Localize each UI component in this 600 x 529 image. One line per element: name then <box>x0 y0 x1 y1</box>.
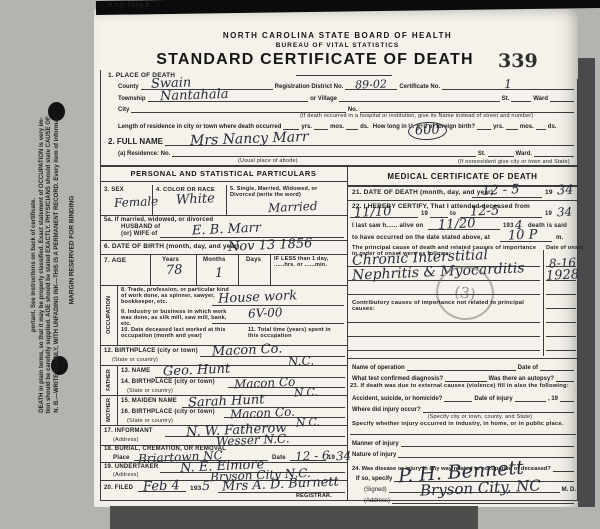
m-label: m. <box>556 235 563 241</box>
where-injury-label: Where did injury occur? <box>352 407 421 413</box>
husband-label: HUSBAND of <box>121 224 160 230</box>
accident-label: Accident, suicide, or homicide? <box>352 396 442 402</box>
specify-city-note: (Specify city or town, county, and State… <box>400 414 560 420</box>
last-saw-value: 11/20 <box>438 216 476 233</box>
contributory-label: Contributory causes of importance not re… <box>352 300 542 312</box>
age-months-value: 1 <box>215 266 224 281</box>
mother-birthplace-value: Macon Co. <box>230 405 296 422</box>
ward-label: Ward. <box>516 151 532 157</box>
maiden-name-label: 15. MAIDEN NAME <box>121 398 177 404</box>
state-label: (State or country) <box>127 388 173 394</box>
org-title: NORTH CAROLINA STATE BOARD OF HEALTH <box>160 31 515 40</box>
nature-of-injury-line <box>398 454 574 458</box>
manner-of-injury-line <box>401 443 574 447</box>
residence-length-label: Length of residence in city or town wher… <box>118 124 281 130</box>
filed-year-value: 5 <box>202 479 211 494</box>
divider <box>150 254 151 285</box>
ds-line <box>536 126 546 130</box>
yrs-line <box>477 126 491 130</box>
mos-label: mos. <box>330 124 344 130</box>
divider <box>428 229 500 230</box>
divider <box>546 322 576 323</box>
divider <box>238 254 239 285</box>
md-label: M. D. <box>562 487 576 493</box>
divider <box>546 308 576 309</box>
burial-date-label: Date <box>272 455 286 461</box>
trade-label: 8. Trade, profession, or particular kind… <box>121 287 229 305</box>
filed-label: 20. FILED <box>104 485 133 491</box>
age-days-label: Days <box>246 257 261 263</box>
divider <box>212 323 344 324</box>
scan-right-band <box>578 58 595 507</box>
injury-year-line <box>560 398 574 402</box>
divider <box>348 322 540 323</box>
certificate-title: STANDARD CERTIFICATE OF DEATH <box>145 51 485 69</box>
divider <box>577 79 578 500</box>
medical-section-header: MEDICAL CERTIFICATE OF DEATH <box>347 172 578 181</box>
margin-note-line: tion should be carefully supplied. AGE s… <box>46 30 54 500</box>
operation-label: Name of operation <box>352 365 405 371</box>
divider <box>347 358 578 359</box>
divider <box>350 217 418 218</box>
date-of-onset-label: Date of onset <box>546 245 583 251</box>
sex-label: 3. SEX <box>104 187 124 193</box>
st-line <box>488 153 514 157</box>
marital-value: Married <box>268 199 318 215</box>
margin-note-line: portant. See instructions on back of cer… <box>31 30 39 500</box>
divider <box>117 365 118 395</box>
undertaker-label: 19. UNDERTAKER <box>104 464 158 470</box>
form-code: B.V.S. Form 8 <box>108 3 149 9</box>
divider <box>138 491 186 492</box>
margin-note-line: N. B.—WRITE PLAINLY, WITH UNFADING INK—T… <box>54 30 62 500</box>
onset-year-value: 1928 <box>546 267 580 283</box>
divider <box>100 254 347 255</box>
abode-note: (Usual place of abode) <box>238 158 298 164</box>
mos-line <box>506 126 518 130</box>
full-name-label: 2. FULL NAME <box>108 137 163 146</box>
attended-from-value: 11/10 <box>354 204 392 221</box>
mos-label: mos. <box>520 124 534 130</box>
birthplace-label: 12. BIRTHPLACE (city or town) <box>104 348 198 354</box>
divider <box>347 185 578 187</box>
where-injury-line <box>423 409 574 413</box>
comma-19-label: , 19 <box>548 396 558 402</box>
year-19-label: 19 <box>328 455 335 461</box>
industry-label: 9. Industry or business in which work wa… <box>121 309 229 327</box>
divider <box>546 266 576 267</box>
manner-of-injury-label: Manner of injury <box>352 441 399 447</box>
ds-label: ds. <box>548 124 557 130</box>
divider <box>200 356 345 357</box>
divider <box>290 460 326 461</box>
divider <box>546 350 576 351</box>
margin-note-line: DEATH in plain terms, so that it may be … <box>39 30 47 500</box>
if-so-label: If so, specify <box>356 476 392 482</box>
father-name-label: 13. NAME <box>121 368 150 374</box>
occurred-label: to have occurred on the date stated abov… <box>352 235 490 241</box>
wife-label: (or) WIFE of <box>121 231 157 237</box>
city-label: City <box>118 107 129 113</box>
divider <box>546 280 576 281</box>
scan-bottom-band <box>110 506 478 529</box>
accident-line <box>444 398 472 402</box>
date-of-death-label: 21. DATE OF DEATH (month, day, and year) <box>352 189 493 196</box>
personal-section-header: PERSONAL AND STATISTICAL PARTICULARS <box>100 169 347 178</box>
state-label: (State or country) <box>112 357 158 363</box>
divider <box>543 250 544 356</box>
autopsy-label: Was there an autopsy? <box>489 376 554 382</box>
attended-year-value: 34 <box>557 205 573 220</box>
mos-line <box>314 126 328 130</box>
divider <box>350 434 576 435</box>
father-birthplace-label: 14. BIRTHPLACE (city or town) <box>121 379 215 385</box>
injury-date-line <box>515 398 546 402</box>
year-19-label: 19 <box>421 211 428 217</box>
age-months-label: Months <box>203 257 226 263</box>
age-label: 7. AGE <box>104 257 126 264</box>
divider <box>296 75 392 76</box>
divider <box>546 336 576 337</box>
specify-where-label: Specify whether injury occurred in indus… <box>352 421 564 427</box>
last-worked-label: 10. Date deceased last worked at this oc… <box>121 327 235 339</box>
divider <box>117 285 118 345</box>
bureau-title: BUREAU OF VITAL STATISTICS <box>160 42 515 49</box>
year-19-label: 19 <box>545 189 553 196</box>
filed-year-19-label: 193 <box>190 485 201 492</box>
ds-label: ds. <box>360 124 369 130</box>
race-value: White <box>176 191 215 208</box>
divider <box>546 294 576 295</box>
if-less-label: IF LESS than 1 day, ......hrs. or ......… <box>274 256 344 268</box>
address-label: (Address) <box>113 472 139 478</box>
divider <box>226 185 227 215</box>
registrar-label: REGISTRAR. <box>296 493 332 499</box>
last-saw-label: I last saw h...... alive on <box>352 223 423 229</box>
yrs-label: yrs. <box>493 124 504 130</box>
divider <box>348 350 540 351</box>
test-line <box>445 378 487 382</box>
birthplace-state-value: N.C. <box>288 353 315 368</box>
signature-address-line <box>392 500 574 504</box>
name-annotation: 600 <box>408 121 448 141</box>
father-state-value: N.C. <box>294 385 318 399</box>
age-years-value: 78 <box>166 263 183 279</box>
divider <box>348 336 540 337</box>
residence-no-label: (a) Residence: No. <box>118 151 170 157</box>
divider <box>500 241 552 242</box>
dob-label: 6. DATE OF BIRTH (month, day, and year) <box>104 243 239 250</box>
divider <box>224 417 345 418</box>
date-of-label: Date of <box>518 365 538 371</box>
mother-state-value: N.C. <box>296 415 320 429</box>
operation-line <box>407 367 516 371</box>
divider <box>347 200 578 201</box>
injury-date-label: Date of injury <box>474 396 512 402</box>
divider <box>117 395 118 425</box>
burial-place-label: Place <box>113 455 130 461</box>
divider <box>472 197 542 198</box>
signed-label: (Signed) <box>364 487 387 493</box>
certificate-stamp-number: 339 <box>498 50 538 72</box>
industry-value: 6V-00 <box>248 305 283 320</box>
father-birthplace-value: Macon Co <box>234 375 296 392</box>
death-year-value: 34 <box>557 183 574 199</box>
informant-label: 17. INFORMANT <box>104 428 153 434</box>
sex-value: Female <box>114 194 159 210</box>
address-label: (Address) <box>113 437 139 443</box>
spouse-label: 5a. If married, widowed, or divorced <box>104 217 213 223</box>
divider <box>228 387 345 388</box>
residence-line <box>172 153 476 157</box>
divider <box>100 165 578 167</box>
mother-birthplace-label: 16. BIRTHPLACE (city or town) <box>121 409 215 415</box>
nature-of-injury-label: Nature of injury <box>352 452 396 458</box>
divider <box>270 254 271 285</box>
divider <box>100 181 347 182</box>
autopsy-line <box>556 378 574 382</box>
filed-date-value: Feb 4 <box>143 478 180 495</box>
divider <box>100 285 347 286</box>
ds-line <box>346 126 358 130</box>
external-causes-label: 23. If death was due to external causes … <box>350 383 569 389</box>
operation-date-line <box>540 367 574 371</box>
total-time-label: 11. Total time (years) spent in this occ… <box>248 327 336 339</box>
marital-label: 5. Single, Married, Widowed, or Divorced… <box>230 186 344 198</box>
divider <box>196 254 197 285</box>
year-19-label: 19 <box>545 211 552 217</box>
address-label: (Address) <box>364 498 390 504</box>
state-label: (State or country) <box>127 418 173 424</box>
divider <box>100 215 347 216</box>
death-certificate-scan: portant. See instructions on back of cer… <box>0 0 600 529</box>
test-label: What test confirmed diagnosis? <box>352 376 443 382</box>
st-label: St. <box>478 151 486 157</box>
spouse-value: E. B. Marr <box>192 221 262 239</box>
certificate-no-value: 1 <box>504 77 512 91</box>
ward-line <box>534 153 574 157</box>
